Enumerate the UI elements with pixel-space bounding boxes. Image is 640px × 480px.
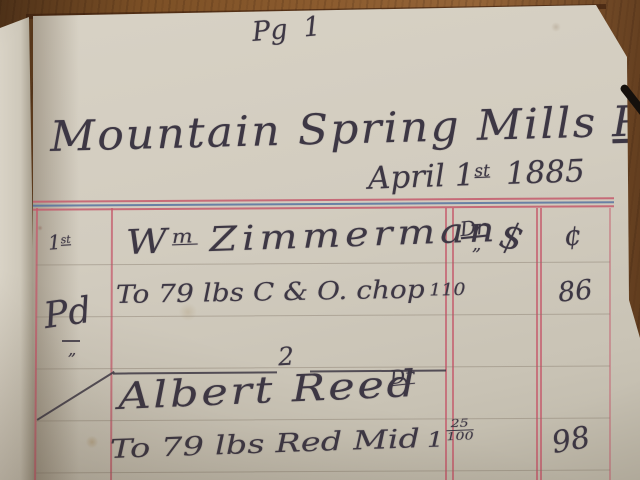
entry2-amount-cents: 98 (549, 420, 593, 461)
entry1-debit-ditto: „ (472, 236, 481, 254)
date-ordinal: st (474, 161, 490, 182)
column-rule-right-border (609, 208, 611, 480)
facing-page-edge (0, 0, 37, 480)
ditto-mark: „ (472, 234, 481, 255)
entry2-item-text: To 79 lbs Red Mid (110, 424, 421, 465)
entry1-item-rate: 110 (429, 280, 466, 301)
entry2-line-item: To 79 lbs Red Mid125100 (109, 417, 474, 463)
ledger-page: Pg1 Mountain Spring MillsPa April 1st 18… (0, 0, 640, 480)
date-month: April (367, 158, 445, 197)
debit-abbrev-text: Dr (389, 365, 415, 389)
feint-line (36, 417, 610, 421)
entry1-day-ordinal: st (60, 233, 71, 247)
entry1-amount-cents: 86 (556, 274, 593, 308)
entry1-day: 1st (47, 231, 71, 253)
entry2-name-text: Albert Reed (117, 362, 418, 418)
paid-mark-text: Pd (41, 290, 94, 337)
entry2-rate-fraction: 25100 (446, 417, 474, 443)
entry-divider-number: 2 (277, 344, 294, 370)
column-rule-cents-b (540, 208, 542, 480)
dollar-sign: $ (496, 215, 528, 260)
entry2-rate-whole: 1 (426, 427, 444, 452)
column-rule-cents-a (536, 208, 538, 480)
dollar-column-symbol: $ (496, 218, 527, 258)
entry2-amount: 98 (550, 423, 593, 459)
fraction-denominator: 100 (446, 430, 473, 443)
page-number-label: Pg (251, 14, 289, 48)
ledger-date: April 1st 1885 (368, 156, 586, 195)
date-year: 1885 (505, 153, 585, 192)
entry1-paid-ditto: „ (68, 342, 76, 358)
entry1-name-initial: W (125, 221, 172, 263)
entry2-name: Albert Reed (117, 365, 418, 415)
ledger-title: Mountain Spring MillsPa (49, 100, 640, 158)
entry1-item-text: To 79 lbs C & O. chop (116, 275, 425, 309)
page-number: Pg1 (251, 13, 322, 46)
feint-line (36, 313, 610, 317)
entry1-surname: Zimmerman (209, 210, 500, 260)
entry2-debit-abbrev: Dr (389, 367, 415, 388)
entry1-name: WmZimmerman (125, 213, 499, 260)
ledger-title-text: Mountain Spring Mills (49, 98, 598, 161)
ditto-mark: „ (68, 340, 76, 359)
entry1-amount: 86 (557, 276, 594, 306)
date-day: 1 (454, 157, 475, 194)
feint-line (36, 469, 610, 473)
feint-line (36, 261, 610, 265)
entry1-line-item: To 79 lbs C & O. chop110 (116, 276, 466, 307)
page-number-value: 1 (302, 11, 322, 43)
ledger-photo: Pg1 Mountain Spring MillsPa April 1st 18… (0, 0, 640, 480)
entry1-paid-mark: Pd (42, 293, 94, 335)
cent-sign: ¢ (563, 218, 583, 252)
cent-column-symbol: ¢ (563, 221, 583, 250)
entry1-name-initial-sup: m (171, 226, 197, 248)
